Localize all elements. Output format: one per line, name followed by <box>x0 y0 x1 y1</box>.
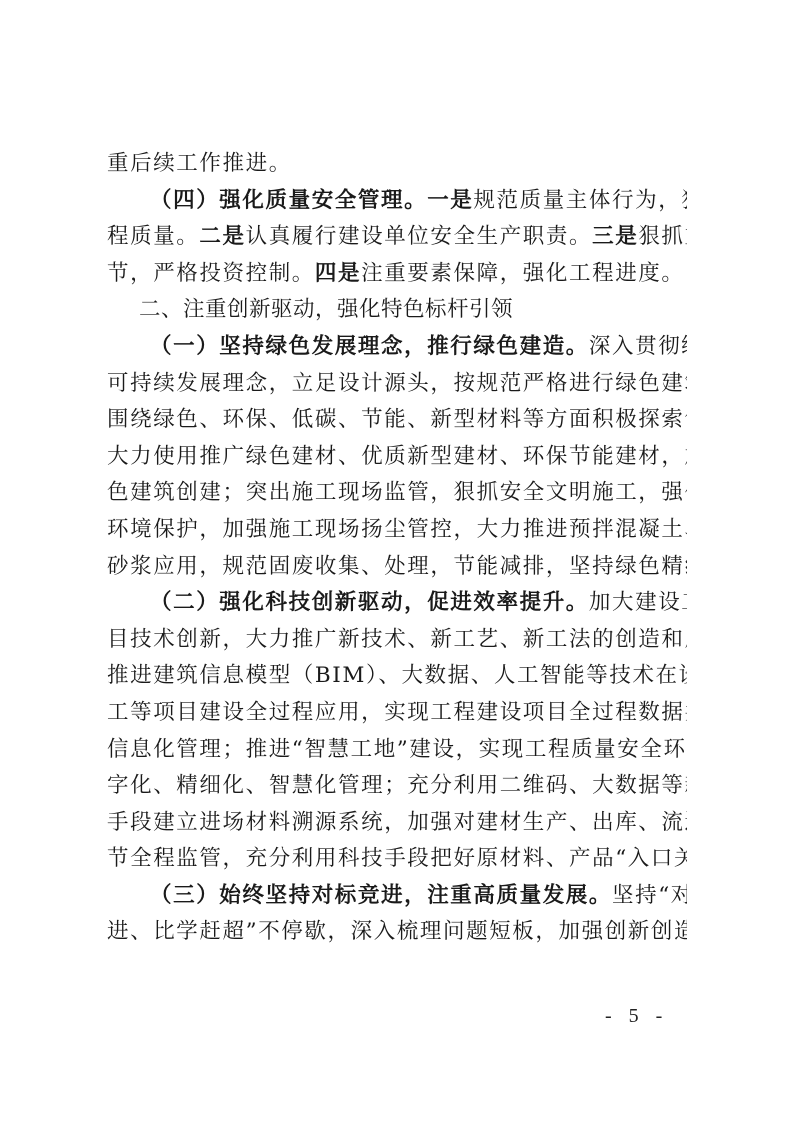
text-run: 目技术创新，大力推广新技术、新工艺、新工法的创造和应用； <box>107 627 687 652</box>
text-line: 工等项目建设全过程应用，实现工程建设项目全过程数据共享和 <box>107 695 687 732</box>
text-run: 大力使用推广绿色建材、优质新型建材、环保节能建材，加强绿 <box>107 444 687 469</box>
text-line: 目技术创新，大力推广新技术、新工艺、新工法的创造和应用； <box>107 622 687 659</box>
bold-run: 二是 <box>199 224 245 249</box>
text-run: 认真履行建设单位安全生产职责。 <box>246 224 593 249</box>
text-run: 围绕绿色、环保、低碳、节能、新型材料等方面积极探索创新， <box>107 407 687 432</box>
text-line: （二）强化科技创新驱动，促进效率提升。加大建设工程项 <box>107 585 687 622</box>
text-line: 推进建筑信息模型（BIM）、大数据、人工智能等技术在设计、施 <box>107 658 687 695</box>
text-run: 进、比学赶超”不停歇，深入梳理问题短板，加强创新创造，狠 <box>107 919 687 944</box>
text-run: 手段建立进场材料溯源系统，加强对建材生产、出库、流通等环 <box>107 810 687 835</box>
text-run: 字化、精细化、智慧化管理；充分利用二维码、大数据等新技术 <box>107 773 687 798</box>
text-run: 工等项目建设全过程应用，实现工程建设项目全过程数据共享和 <box>107 700 687 725</box>
text-run: 规范质量主体行为，狠抓工 <box>473 188 687 213</box>
bold-run: （四）强化质量安全管理。一是 <box>150 188 473 213</box>
text-line: （三）始终坚持对标竞进，注重高质量发展。坚持“对标竞 <box>107 878 687 915</box>
text-line: （一）坚持绿色发展理念，推行绿色建造。深入贯彻绿色、 <box>107 329 687 366</box>
text-line: 色建筑创建；突出施工现场监管，狠抓安全文明施工，强化生态 <box>107 475 687 512</box>
text-run: 狠抓重点环 <box>638 224 687 249</box>
text-line: 进、比学赶超”不停歇，深入梳理问题短板，加强创新创造，狠 <box>107 914 687 951</box>
text-line: 重后续工作推进。 <box>107 146 687 183</box>
text-line: 砂浆应用，规范固废收集、处理，节能减排，坚持绿色精细施工。 <box>107 549 687 586</box>
text-run: 色建筑创建；突出施工现场监管，狠抓安全文明施工，强化生态 <box>107 480 687 505</box>
text-line: （四）强化质量安全管理。一是规范质量主体行为，狠抓工 <box>107 183 687 220</box>
text-run: 重后续工作推进。 <box>107 151 292 176</box>
text-line: 字化、精细化、智慧化管理；充分利用二维码、大数据等新技术 <box>107 768 687 805</box>
text-run: 注重要素保障，强化工程进度。 <box>361 261 684 286</box>
document-body: 重后续工作推进。（四）强化质量安全管理。一是规范质量主体行为，狠抓工程质量。二是… <box>107 146 687 951</box>
text-run: 信息化管理；推进“智慧工地”建设，实现工程质量安全环保数 <box>107 737 687 762</box>
text-line: 大力使用推广绿色建材、优质新型建材、环保节能建材，加强绿 <box>107 439 687 476</box>
page-number: - 5 - <box>605 1005 668 1028</box>
bold-run: （二）强化科技创新驱动，促进效率提升。 <box>150 590 589 615</box>
text-line: 程质量。二是认真履行建设单位安全生产职责。三是狠抓重点环 <box>107 219 687 256</box>
text-run: 推进建筑信息模型（BIM）、大数据、人工智能等技术在设计、施 <box>107 663 687 688</box>
text-run: 加大建设工程项 <box>589 590 687 615</box>
text-line: 环境保护，加强施工现场扬尘管控，大力推进预拌混凝土、预拌 <box>107 512 687 549</box>
bold-run: （一）坚持绿色发展理念，推行绿色建造。 <box>150 334 589 359</box>
text-run: 二、注重创新驱动，强化特色标杆引领 <box>139 297 513 322</box>
text-run: 节，严格投资控制。 <box>107 261 315 286</box>
section-heading: 二、注重创新驱动，强化特色标杆引领 <box>107 292 687 329</box>
text-line: 可持续发展理念，立足设计源头，按规范严格进行绿色建筑设计， <box>107 366 687 403</box>
text-run: 砂浆应用，规范固废收集、处理，节能减排，坚持绿色精细施工。 <box>107 554 687 579</box>
text-line: 节，严格投资控制。四是注重要素保障，强化工程进度。 <box>107 256 687 293</box>
text-run: 程质量。 <box>107 224 199 249</box>
text-line: 围绕绿色、环保、低碳、节能、新型材料等方面积极探索创新， <box>107 402 687 439</box>
bold-run: （三）始终坚持对标竞进，注重高质量发展。 <box>150 883 612 908</box>
text-run: 坚持“对标竞 <box>612 883 687 908</box>
text-run: 深入贯彻绿色、 <box>589 334 687 359</box>
text-run: 环境保护，加强施工现场扬尘管控，大力推进预拌混凝土、预拌 <box>107 517 687 542</box>
text-run: 节全程监管，充分利用科技手段把好原材料、产品“入口关”。 <box>107 846 687 871</box>
bold-run: 四是 <box>315 261 361 286</box>
text-line: 信息化管理；推进“智慧工地”建设，实现工程质量安全环保数 <box>107 732 687 769</box>
text-line: 手段建立进场材料溯源系统，加强对建材生产、出库、流通等环 <box>107 805 687 842</box>
bold-run: 三是 <box>592 224 638 249</box>
text-run: 可持续发展理念，立足设计源头，按规范严格进行绿色建筑设计， <box>107 371 687 396</box>
text-line: 节全程监管，充分利用科技手段把好原材料、产品“入口关”。 <box>107 841 687 878</box>
